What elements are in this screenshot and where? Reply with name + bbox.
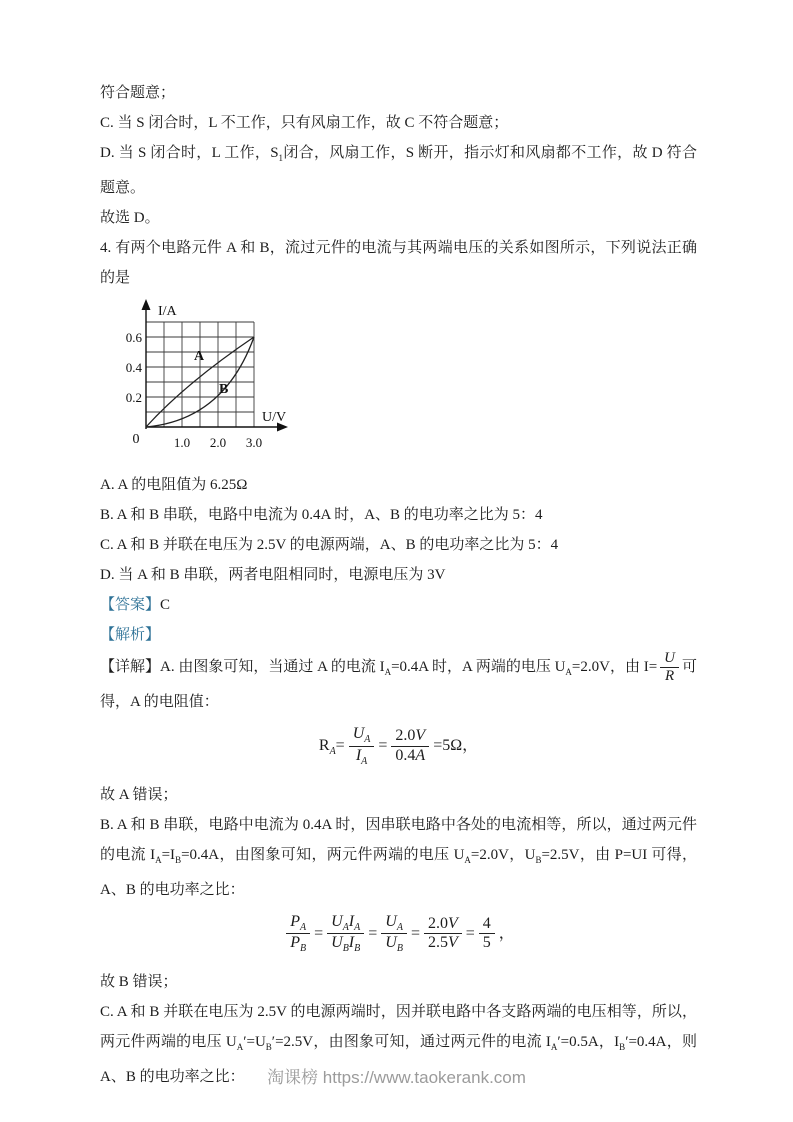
answer-label: 【答案】	[100, 597, 160, 613]
y-tick-06: 0.6	[126, 330, 143, 345]
detail-paragraph-a: 【详解】A. 由图象可知，当通过 A 的电流 IA=0.4A 时，A 两端的电压…	[100, 650, 697, 717]
option-c: C. A 和 B 并联在电压为 2.5V 的电源两端，A、B 的电功率之比为 5…	[100, 530, 697, 560]
paragraph-intro: 符合题意；	[100, 78, 697, 108]
grid-lines	[146, 322, 254, 427]
curve-b-label: B	[219, 382, 228, 397]
paragraph-prev-option-c: C. 当 S 闭合时，L 不工作，只有风扇工作，故 C 不符合题意；	[100, 108, 697, 138]
exam-solution-page: { "doc": { "lines": { "intro": "符合题意；", …	[0, 0, 793, 1122]
x-tick-20: 2.0	[210, 435, 226, 450]
paragraph-choose-d: 故选 D。	[100, 203, 697, 233]
y-axis-label: I/A	[158, 304, 178, 319]
option-a: A. A 的电阻值为 6.25Ω	[100, 470, 697, 500]
curve-a-label: A	[194, 349, 205, 364]
x-tick-10: 1.0	[174, 435, 190, 450]
conclusion-b-wrong: 故 B 错误；	[100, 967, 697, 997]
origin-label: 0	[133, 432, 140, 447]
analysis-label: 【解析】	[100, 627, 160, 643]
analysis-line: 【解析】	[100, 620, 697, 650]
y-axis-arrow-icon	[142, 299, 151, 310]
x-axis-label: U/V	[262, 410, 286, 425]
answer-value: C	[160, 597, 170, 613]
formula-resistance: RA=UAIA=2.0V0.4A=5Ω，	[100, 725, 697, 767]
option-b: B. A 和 B 串联，电路中电流为 0.4A 时，A、B 的电功率之比为 5：…	[100, 500, 697, 530]
site-watermark: 淘课榜 https://www.taokerank.com	[0, 1063, 793, 1088]
option-d: D. 当 A 和 B 串联，两者电阻相同时，电源电压为 3V	[100, 560, 697, 590]
conclusion-a-wrong: 故 A 错误；	[100, 780, 697, 810]
document-body: 符合题意； C. 当 S 闭合时，L 不工作，只有风扇工作，故 C 不符合题意；…	[100, 78, 697, 1092]
y-tick-02: 0.2	[126, 390, 142, 405]
axes	[146, 307, 280, 429]
iv-graph-svg: I/A U/V A B 0.6 0.4 0.2 0 1.0 2.0 3.0	[116, 297, 320, 457]
question-4: 4. 有两个电路元件 A 和 B，流过元件的电流与其两端电压的关系如图所示，下列…	[100, 233, 697, 293]
iv-graph-figure: I/A U/V A B 0.6 0.4 0.2 0 1.0 2.0 3.0	[116, 297, 697, 468]
answer-line: 【答案】C	[100, 590, 697, 620]
x-tick-30: 3.0	[246, 435, 262, 450]
formula-power-ratio-series: PAPB=UAIAUBIB=UAUB=2.0V2.5V=45，	[100, 913, 697, 955]
paragraph-prev-option-d: D. 当 S 闭合时，L 工作，S1闭合，风扇工作，S 断开，指示灯和风扇都不工…	[100, 138, 697, 203]
y-tick-04: 0.4	[126, 360, 143, 375]
detail-paragraph-b: B. A 和 B 串联，电路中电流为 0.4A 时，因串联电路中各处的电流相等，…	[100, 810, 697, 905]
